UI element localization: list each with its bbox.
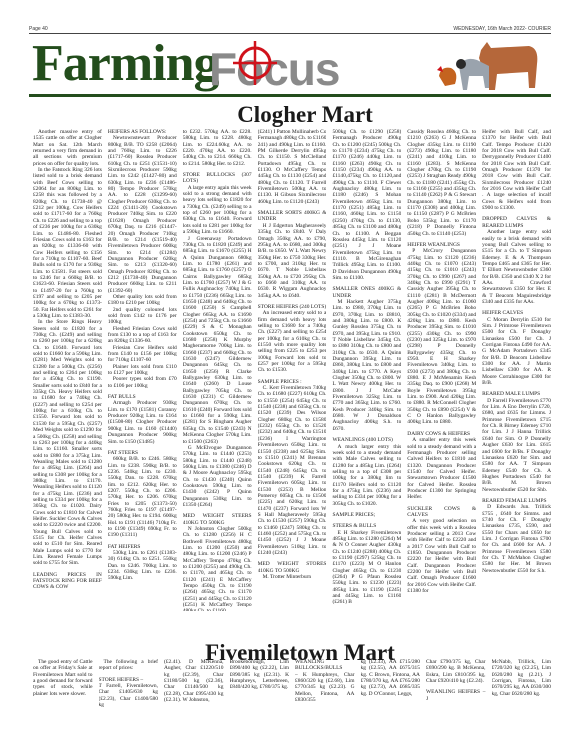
section-subheading: WEANLING HEIFERS – J — [426, 689, 486, 702]
section-subheading: LEADING PRICES IN FATSTOCK RING FOR BEEF… — [33, 572, 102, 591]
section-subheading: WEANLINGS (400 lots) — [332, 437, 401, 443]
article-paragraph: Plainer lots sold from £110 to £127 per … — [108, 364, 177, 377]
article-column: HEIFERS AS FOLLOWS:Newtownstewart Produc… — [108, 129, 177, 611]
article-column: 500kg Ch. to £1290 (£258) Fermanagh Prod… — [332, 129, 401, 611]
article-column: Cassidy Rosslea 460kg Ch. to £1210 (£263… — [407, 129, 476, 611]
clogher-article-columns: Another massive entry of 1535 cattle on … — [33, 129, 551, 611]
page-number: Page 40 — [29, 26, 48, 32]
article-paragraph: M Hackett Augher 375kg Lim. to £980, 370… — [332, 299, 401, 432]
article-paragraph: 500kg Ch. to £1290 (£258) Fermanagh Prod… — [332, 129, 401, 281]
article-paragraph: N Johnston Clogher 500kg Ch. to £1280 (£… — [183, 526, 252, 611]
section-subheading: STORE BULLOCKS (307 lots) — [183, 172, 252, 185]
article-paragraph: Other quality lots sold from £180 to £21… — [108, 294, 177, 307]
masthead: Farming Focus — [29, 36, 551, 96]
article-column: to £232. 570kg AA. to £228. 580kg Lim. t… — [183, 129, 252, 611]
clogher-mart-headline: Clogher Mart — [200, 103, 410, 126]
article-paragraph: T Farrell, Fivemiletown, Char £1405/630 … — [99, 683, 159, 708]
article-paragraph: kg (£2.33), AA £715/280 kg (£2.55), AA £… — [361, 659, 421, 697]
article-paragraph: In the Store Rings Heavy Steers sold to … — [33, 319, 102, 566]
article-column: The good entry of Cattle on offer at Fri… — [33, 659, 93, 719]
article-paragraph: to £232. 570kg AA. to £228. 580kg Lim. t… — [183, 129, 252, 167]
article-column: Char £790/375 kg, Char £690/290 kg. B Mc… — [426, 659, 486, 719]
article-paragraph: J Greenaway Portadown 730kg Ch. to £1820… — [183, 236, 252, 445]
section-subheading: WEANLING BULLOCKS/BULLS — [295, 659, 355, 672]
section-subheading: SMALLER ONES 400KG & UNDER — [332, 286, 401, 299]
issue-date: WEDNESDAY, 16th March 2022- COURIER — [453, 26, 551, 32]
article-paragraph: (£241) I Patton Mullinaherb Co Fermanagh… — [258, 129, 327, 205]
article-paragraph: 530kg Lim. to £261 (£1383-30) 614kg Ch. … — [108, 550, 177, 582]
section-subheading: SMALLER SORTS 400KG & UNDER — [258, 210, 327, 223]
article-paragraph: Brookeborough, Lim £890/400 kg (£2.22), … — [230, 659, 290, 691]
article-paragraph: Cassidy Rosslea 460kg Ch. to £1210 (£263… — [407, 129, 476, 237]
article-column: WEANLING BULLOCKS/BULLS– K Humphreys, Ch… — [295, 659, 355, 719]
article-paragraph: In the Fatstock Ring 326 lots listed sol… — [33, 167, 102, 319]
section-subheading: SUCKLER COWS & CALVES — [407, 506, 476, 519]
article-paragraph: The following a brief report of prices: — [99, 659, 159, 672]
article-paragraph: P McCrory Dungannon 475kg Lim. to £1120 … — [407, 248, 476, 426]
article-paragraph: A large entry again this week sold to a … — [183, 185, 252, 236]
article-paragraph: An increased entry sold to a firm demand… — [258, 310, 327, 373]
article-paragraph: 660kg B/B. to £246. 580kg Lim. to £238. … — [108, 456, 177, 538]
article-paragraph: Newtownstewart Producer 800kg B/B. TO £2… — [108, 135, 177, 294]
article-paragraph: C. Kerr Fivemiletown 740kg Ch. to £1680 … — [258, 385, 327, 556]
article-column: kg (£2.33), AA £715/280 kg (£2.55), AA £… — [361, 659, 421, 719]
article-paragraph: McNabb, Trillick, Lim £720/320 kg (£2.25… — [492, 659, 552, 697]
masthead-rule — [29, 94, 551, 97]
article-paragraph: 2nd quality coloured lots sold from £142… — [108, 307, 177, 326]
article-paragraph: H J Edgerton Magheraveely 335kg Ch. to £… — [258, 223, 327, 299]
article-paragraph: Char £790/375 kg, Char £690/290 kg. B Mc… — [426, 659, 486, 684]
article-paragraph: D Edwards Jun. Trillick £755 , £640 for … — [482, 504, 551, 574]
article-paragraph: A smaller entry this week sold to a stea… — [407, 437, 476, 500]
crosshair-icon — [233, 41, 277, 85]
article-paragraph: A much larger entry this week sold to a … — [332, 444, 401, 507]
page-header-bar: Page 40 WEDNESDAY, 16th March 2022- COUR… — [29, 25, 551, 34]
article-paragraph: The good entry of Cattle on offer at Fri… — [33, 659, 93, 697]
article-paragraph: – K Humphreys, Char £860/320 kg (£2.68),… — [295, 672, 355, 704]
article-paragraph: C Moran Derrylin £510 for Sim. J Primros… — [482, 317, 551, 387]
article-paragraph: G McElvogue Dungannon 570kg Lim. to £144… — [183, 445, 252, 508]
article-column: Brookeborough, Lim £890/400 kg (£2.22), … — [230, 659, 290, 719]
article-column: The following a brief report of prices:S… — [99, 659, 159, 719]
article-paragraph: Friesian Cow Heifers sold from £140 to £… — [108, 345, 177, 364]
article-paragraph: (£2.41). D McKenna, Augher, Char £1220/5… — [164, 659, 224, 703]
masthead-title-farming: Farming — [32, 38, 219, 90]
article-column: (£241) I Patton Mullinaherb Co Fermanagh… — [258, 129, 327, 611]
article-paragraph: E H Sharkey Fivemiletown 485kg Lim. to £… — [332, 530, 401, 606]
article-paragraph: Another large entry sold easily to a bri… — [482, 229, 551, 305]
section-subheading: MED WEIGHT STORES 410KG TO 500KG — [258, 561, 327, 574]
farm-animals-illustration — [431, 36, 541, 94]
section-subheading: SAMPLE PRICES; — [332, 512, 401, 518]
article-paragraph: Armagh Producer 930kg Lim. to £170 (£158… — [108, 400, 177, 444]
article-column: (£2.41). D McKenna, Augher, Char £1220/5… — [164, 659, 224, 719]
article-paragraph: D Farrell Fivemiletown £770 for Lim. A E… — [482, 398, 551, 493]
article-column: Heifer with Bull Calf, and £1370 for Hei… — [482, 129, 551, 611]
article-paragraph: Fleshed Friesian Cows sold from £130 to … — [108, 326, 177, 345]
article-paragraph: Poorer types sold from £70 to £106 per 1… — [108, 376, 177, 389]
section-subheading: MED WEIGHT STEERS 410KG TO 500KG — [183, 513, 252, 526]
article-paragraph: Heifer with Bull Calf, and £1370 for Hei… — [482, 129, 551, 211]
fivemiletown-article-columns: The good entry of Cattle on offer at Fri… — [33, 659, 551, 719]
article-column: Another massive entry of 1535 cattle on … — [33, 129, 102, 611]
article-paragraph: A very good selection on offer this week… — [407, 518, 476, 594]
section-subheading: DROPPED CALVES & REARED LUMPS — [482, 216, 551, 229]
article-paragraph: M. Trotter Minterburn — [258, 574, 327, 580]
article-paragraph: Another massive entry of 1535 cattle on … — [33, 129, 102, 167]
article-column: McNabb, Trillick, Lim £720/320 kg (£2.25… — [492, 659, 552, 719]
